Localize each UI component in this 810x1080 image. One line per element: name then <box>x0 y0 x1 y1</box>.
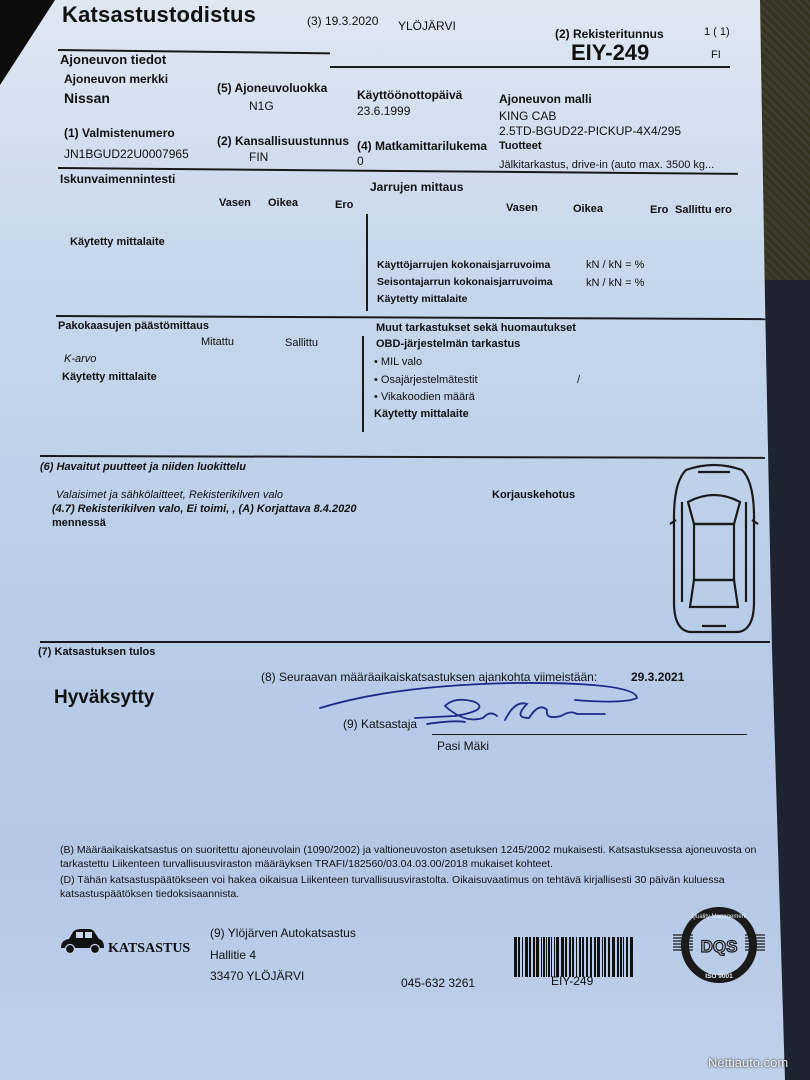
shock-col-left: Vasen <box>219 197 251 209</box>
other-device-label: Käytetty mittalaite <box>374 408 469 420</box>
fault-codes-item: • Vikakoodien määrä <box>374 391 475 403</box>
vin-label: (1) Valmistenumero <box>64 126 175 140</box>
katsastus-car-logo-icon <box>59 928 105 954</box>
nationality-label: (2) Kansallisuustunnus <box>217 134 349 148</box>
country-code: FI <box>711 49 721 61</box>
legal-d-line2: katsastuspäätöksen tiedoksisaannista. <box>60 886 239 902</box>
class-label: (5) Ajoneuvoluokka <box>217 81 327 95</box>
svg-text:ISO 9001: ISO 9001 <box>705 973 733 980</box>
emissions-title: Pakokaasujen päästömittaus <box>58 320 209 332</box>
first-use-value: 23.6.1999 <box>357 104 410 118</box>
registration-label: (2) Rekisteritunnus <box>555 27 664 41</box>
model-line2: 2.5TD-BGUD22-PICKUP-4X4/295 <box>499 124 681 138</box>
divider-header-right <box>330 66 730 68</box>
class-value: N1G <box>249 99 274 113</box>
vin-value: JN1BGUD22U0007965 <box>64 147 189 161</box>
k-value-label: K-arvo <box>64 353 96 365</box>
brakes-device-label: Käytetty mittalaite <box>377 293 467 305</box>
service-brake-value: kN / kN = % <box>586 259 644 271</box>
parking-brake-value: kN / kN = % <box>586 277 644 289</box>
products-label: Tuotteet <box>499 140 542 152</box>
divider-other-vertical <box>362 336 364 432</box>
make-label: Ajoneuvon merkki <box>64 72 168 86</box>
katsastus-logo-text: KATSASTUS <box>108 941 190 957</box>
signature-line <box>432 734 747 735</box>
page-number: 1 ( 1) <box>704 26 730 38</box>
subsystem-item: • Osajärjestelmätestit <box>374 374 478 386</box>
shock-device-label: Käytetty mittalaite <box>70 236 165 248</box>
parking-brake-label: Seisontajarrun kokonaisjarruvoima <box>377 276 553 288</box>
inspection-certificate: Katsastustodistus (3) 19.3.2020 YLÖJÄRVI… <box>0 0 790 1080</box>
make-value: Nissan <box>64 90 110 106</box>
defect-item-line1: (4.7) Rekisterikilven valo, Ei toimi, , … <box>52 503 356 515</box>
divider-defects <box>40 641 770 643</box>
result-title: (7) Katsastuksen tulos <box>38 646 155 658</box>
shock-col-diff: Ero <box>335 199 353 211</box>
obd-title: OBD-järjestelmän tarkastus <box>376 338 520 350</box>
model-line1: KING CAB <box>499 109 556 123</box>
shock-col-right: Oikea <box>268 197 298 209</box>
brakes-col-left: Vasen <box>506 202 538 214</box>
inspector-name: Pasi Mäki <box>437 739 489 753</box>
nettiauto-watermark: Nettiauto.com <box>708 1055 788 1070</box>
repair-request-label: Korjauskehotus <box>492 489 575 501</box>
service-brake-label: Käyttöjarrujen kokonaisjarruvoima <box>377 259 550 271</box>
registration-number: EIY-249 <box>571 40 649 66</box>
station-name: (9) Ylöjärven Autokatsastus <box>210 926 356 940</box>
defect-category: Valaisimet ja sähkölaitteet, Rekisteriki… <box>56 489 283 501</box>
svg-text:Quality Management: Quality Management <box>691 914 747 920</box>
defect-item-line2: mennessä <box>52 517 106 529</box>
legal-b-line2: tarkastettu Liikenteen turvallisuusviras… <box>60 856 553 872</box>
station-street: Hallitie 4 <box>210 948 256 962</box>
products-value: Jälkitarkastus, drive-in (auto max. 3500… <box>499 159 714 171</box>
document-title: Katsastustodistus <box>62 2 256 28</box>
first-use-label: Käyttöönottopäivä <box>357 88 462 102</box>
other-checks-title: Muut tarkastukset sekä huomautukset <box>376 322 576 334</box>
shock-test-title: Iskunvaimennintesti <box>60 172 175 186</box>
divider-brakes-vertical <box>366 214 368 311</box>
odometer-label: (4) Matkamittarilukema <box>357 139 487 153</box>
dqs-iso-certificate-icon: DQS Quality Management ISO 9001 <box>673 905 765 985</box>
emissions-col-allowed: Sallittu <box>285 337 318 349</box>
station-city: 33470 YLÖJÄRVI <box>210 969 304 983</box>
station-phone: 045-632 3261 <box>401 976 475 990</box>
brakes-col-allowed: Sallittu ero <box>675 204 732 216</box>
brakes-title: Jarrujen mittaus <box>370 180 463 194</box>
defects-title: (6) Havaitut puutteet ja niiden luokitte… <box>40 461 246 473</box>
inspection-date: (3) 19.3.2020 <box>307 14 378 28</box>
vehicle-section-title: Ajoneuvon tiedot <box>60 52 166 67</box>
result-value: Hyväksytty <box>54 687 154 709</box>
divider-other <box>40 455 765 459</box>
emissions-col-measured: Mitattu <box>201 336 234 348</box>
svg-text:DQS: DQS <box>701 937 738 956</box>
barcode-text: EIY-249 <box>551 974 593 988</box>
brakes-col-right: Oikea <box>573 203 603 215</box>
brakes-col-diff: Ero <box>650 204 668 216</box>
signature-icon <box>315 680 665 732</box>
registration-barcode <box>514 937 634 977</box>
mil-item: • MIL valo <box>374 356 422 368</box>
emissions-device-label: Käytetty mittalaite <box>62 371 157 383</box>
inspection-place: YLÖJÄRVI <box>398 19 456 33</box>
model-label: Ajoneuvon malli <box>499 92 592 106</box>
car-diagram-icon <box>668 462 760 637</box>
subsystem-value: / <box>577 374 580 386</box>
odometer-value: 0 <box>357 154 364 168</box>
nationality-value: FIN <box>249 150 268 164</box>
